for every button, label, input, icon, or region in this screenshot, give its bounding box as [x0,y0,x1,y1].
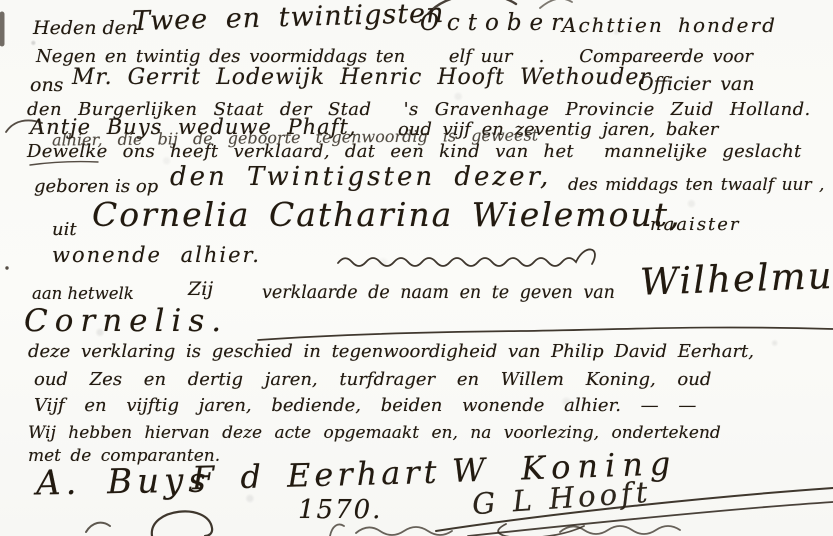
mother-prefix: uit [52,219,77,240]
bottom-cutoff-squiggle-2 [560,526,680,534]
act-number: 1570. [298,495,382,525]
witnesses-line-2: oud Zes en dertig jaren, turfdrager en W… [34,369,711,390]
hooft-paraph-loop [498,524,584,536]
bottom-cutoff-ascender [330,524,344,536]
mother-name: Cornelia Catharina Wielemout, [92,195,681,234]
opening-day: Twee en twintigsten [132,0,445,37]
witnesses-line-3: Vijf en vijftig jaren, bediende, beiden … [34,395,696,416]
naming-prefix: aan hetwelk [32,284,134,303]
child-second-name: Cornelis. [24,303,228,339]
bottom-cutoff-squiggle [356,527,452,535]
scanned-birth-record-page: Heden den Twee en twintigsten October Ac… [0,0,833,536]
cornelis-filler-line [258,327,833,340]
witnesses-line-1: deze verklaring is geschied in tegenwoor… [28,341,754,362]
opening-year-time-line: Negen en twintig des voormiddags ten elf… [36,46,753,67]
dewelke-underline [30,162,98,165]
child-first-name: Wilhelmus [639,253,833,303]
stray-ink-dot [5,266,8,269]
closing-line-1: Wij hebben hiervan deze acte opgemaakt e… [28,423,721,443]
bottom-cutoff-loop [152,511,212,536]
born-prefix: geboren is op [34,176,158,197]
bottom-cutoff-stroke-1 [86,523,110,532]
mother-occupation: naaister [650,214,741,235]
born-time: des middags ten twaalf uur , [568,175,824,195]
signature-buys: A. Buys [36,460,211,503]
official-prefix: ons [30,74,63,96]
top-cutoff-flourish-2 [540,0,572,8]
wavy-filler-line [338,249,595,266]
opening-prefix: Heden den [33,17,138,39]
declaration-line: Dewelke ons heeft verklaard, dat een kin… [27,141,802,162]
naming-pronoun: Zij [188,278,213,300]
official-title: Officier van [638,73,755,95]
born-day: den Twintigsten dezer, [170,162,551,192]
signature-eerhart: F d Eerhart [192,453,441,497]
opening-year: Achttien honderd [562,13,777,37]
mother-residence: wonende alhier. [52,243,261,267]
opening-month: October [420,10,570,36]
naming-formula: verklaarde de naam en te geven van [262,283,615,303]
official-name: Mr. Gerrit Lodewijk Henric Hooft Wethoud… [72,65,651,90]
